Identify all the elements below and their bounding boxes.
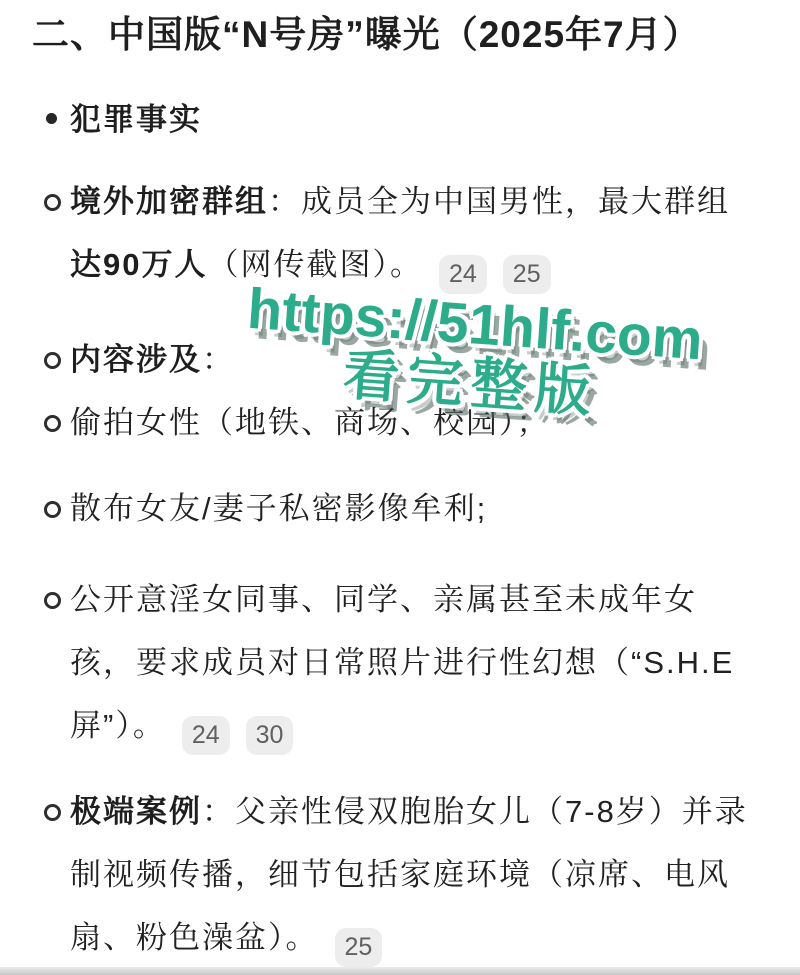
list-item-public-fantasy: 公开意淫女同事、同学、亲属甚至未成年女 孩，要求成员对日常照片进行性幻想（“S.… [0, 568, 800, 757]
document: 二、中国版“N号房”曝光（2025年7月） 犯罪事实 境外加密群组：成员全为中国… [0, 0, 800, 975]
citation-badge[interactable]: 25 [335, 928, 383, 967]
screenshot-bottom-edge [0, 967, 800, 975]
citation-badge[interactable]: 24 [439, 255, 487, 294]
overseas-groups-text-2: （网传截图）。 [207, 247, 423, 282]
circle-bullet-icon [44, 501, 61, 518]
list-item-crime-facts: 犯罪事实 [0, 88, 800, 151]
solid-bullet-icon [46, 113, 57, 124]
public-fantasy-line2: 孩，要求成员对日常照片进行性幻想（“S.H.E [70, 645, 734, 680]
circle-bullet-icon [44, 194, 61, 211]
circle-bullet-icon [44, 352, 61, 369]
public-fantasy-line3: 屏”）。 [70, 708, 166, 743]
bullet-list: 犯罪事实 境外加密群组：成员全为中国男性，最大群组 达90万人（网传截图）。24… [0, 88, 800, 969]
citation-badge[interactable]: 25 [503, 255, 551, 294]
overseas-groups-text: ：成员全为中国男性，最大群组 [268, 184, 730, 219]
citation-badge[interactable]: 24 [182, 716, 230, 755]
list-item-content-involves: 内容涉及： [0, 328, 800, 391]
list-item-extreme-case: 极端案例：父亲性侵双胞胎女儿（7-8岁）并录 制视频传播，细节包括家庭环境（凉席… [0, 780, 800, 969]
public-fantasy-line1: 公开意淫女同事、同学、亲属甚至未成年女 [70, 582, 697, 617]
candid-filming-text: 偷拍女性（地铁、商场、校园）； [70, 405, 550, 440]
list-item-distributing-images: 散布女友/妻子私密影像牟利; [0, 477, 800, 540]
extreme-case-line2: 制视频传播，细节包括家庭环境（凉席、电风 [70, 857, 730, 892]
extreme-case-term: 极端案例 [70, 794, 202, 829]
circle-bullet-icon [44, 592, 61, 609]
content-involves-colon: ： [202, 342, 235, 377]
content-involves-term: 内容涉及 [70, 342, 202, 377]
overseas-groups-term: 境外加密群组 [70, 184, 268, 219]
list-item-overseas-groups: 境外加密群组：成员全为中国男性，最大群组 达90万人（网传截图）。2425 [0, 170, 800, 296]
distributing-images-text: 散布女友/妻子私密影像牟利; [70, 491, 487, 526]
crime-facts-label: 犯罪事实 [70, 102, 202, 137]
circle-bullet-icon [44, 415, 61, 432]
circle-bullet-icon [44, 804, 61, 821]
citation-badge[interactable]: 30 [246, 716, 294, 755]
extreme-case-line3: 扇、粉色澡盆）。 [70, 920, 319, 955]
list-item-candid-filming: 偷拍女性（地铁、商场、校园）； [0, 391, 800, 454]
extreme-case-line1: ：父亲性侵双胞胎女儿（7-8岁）并录 [202, 794, 748, 829]
section-heading: 二、中国版“N号房”曝光（2025年7月） [32, 12, 800, 58]
member-count-bold: 达90万人 [70, 247, 207, 282]
